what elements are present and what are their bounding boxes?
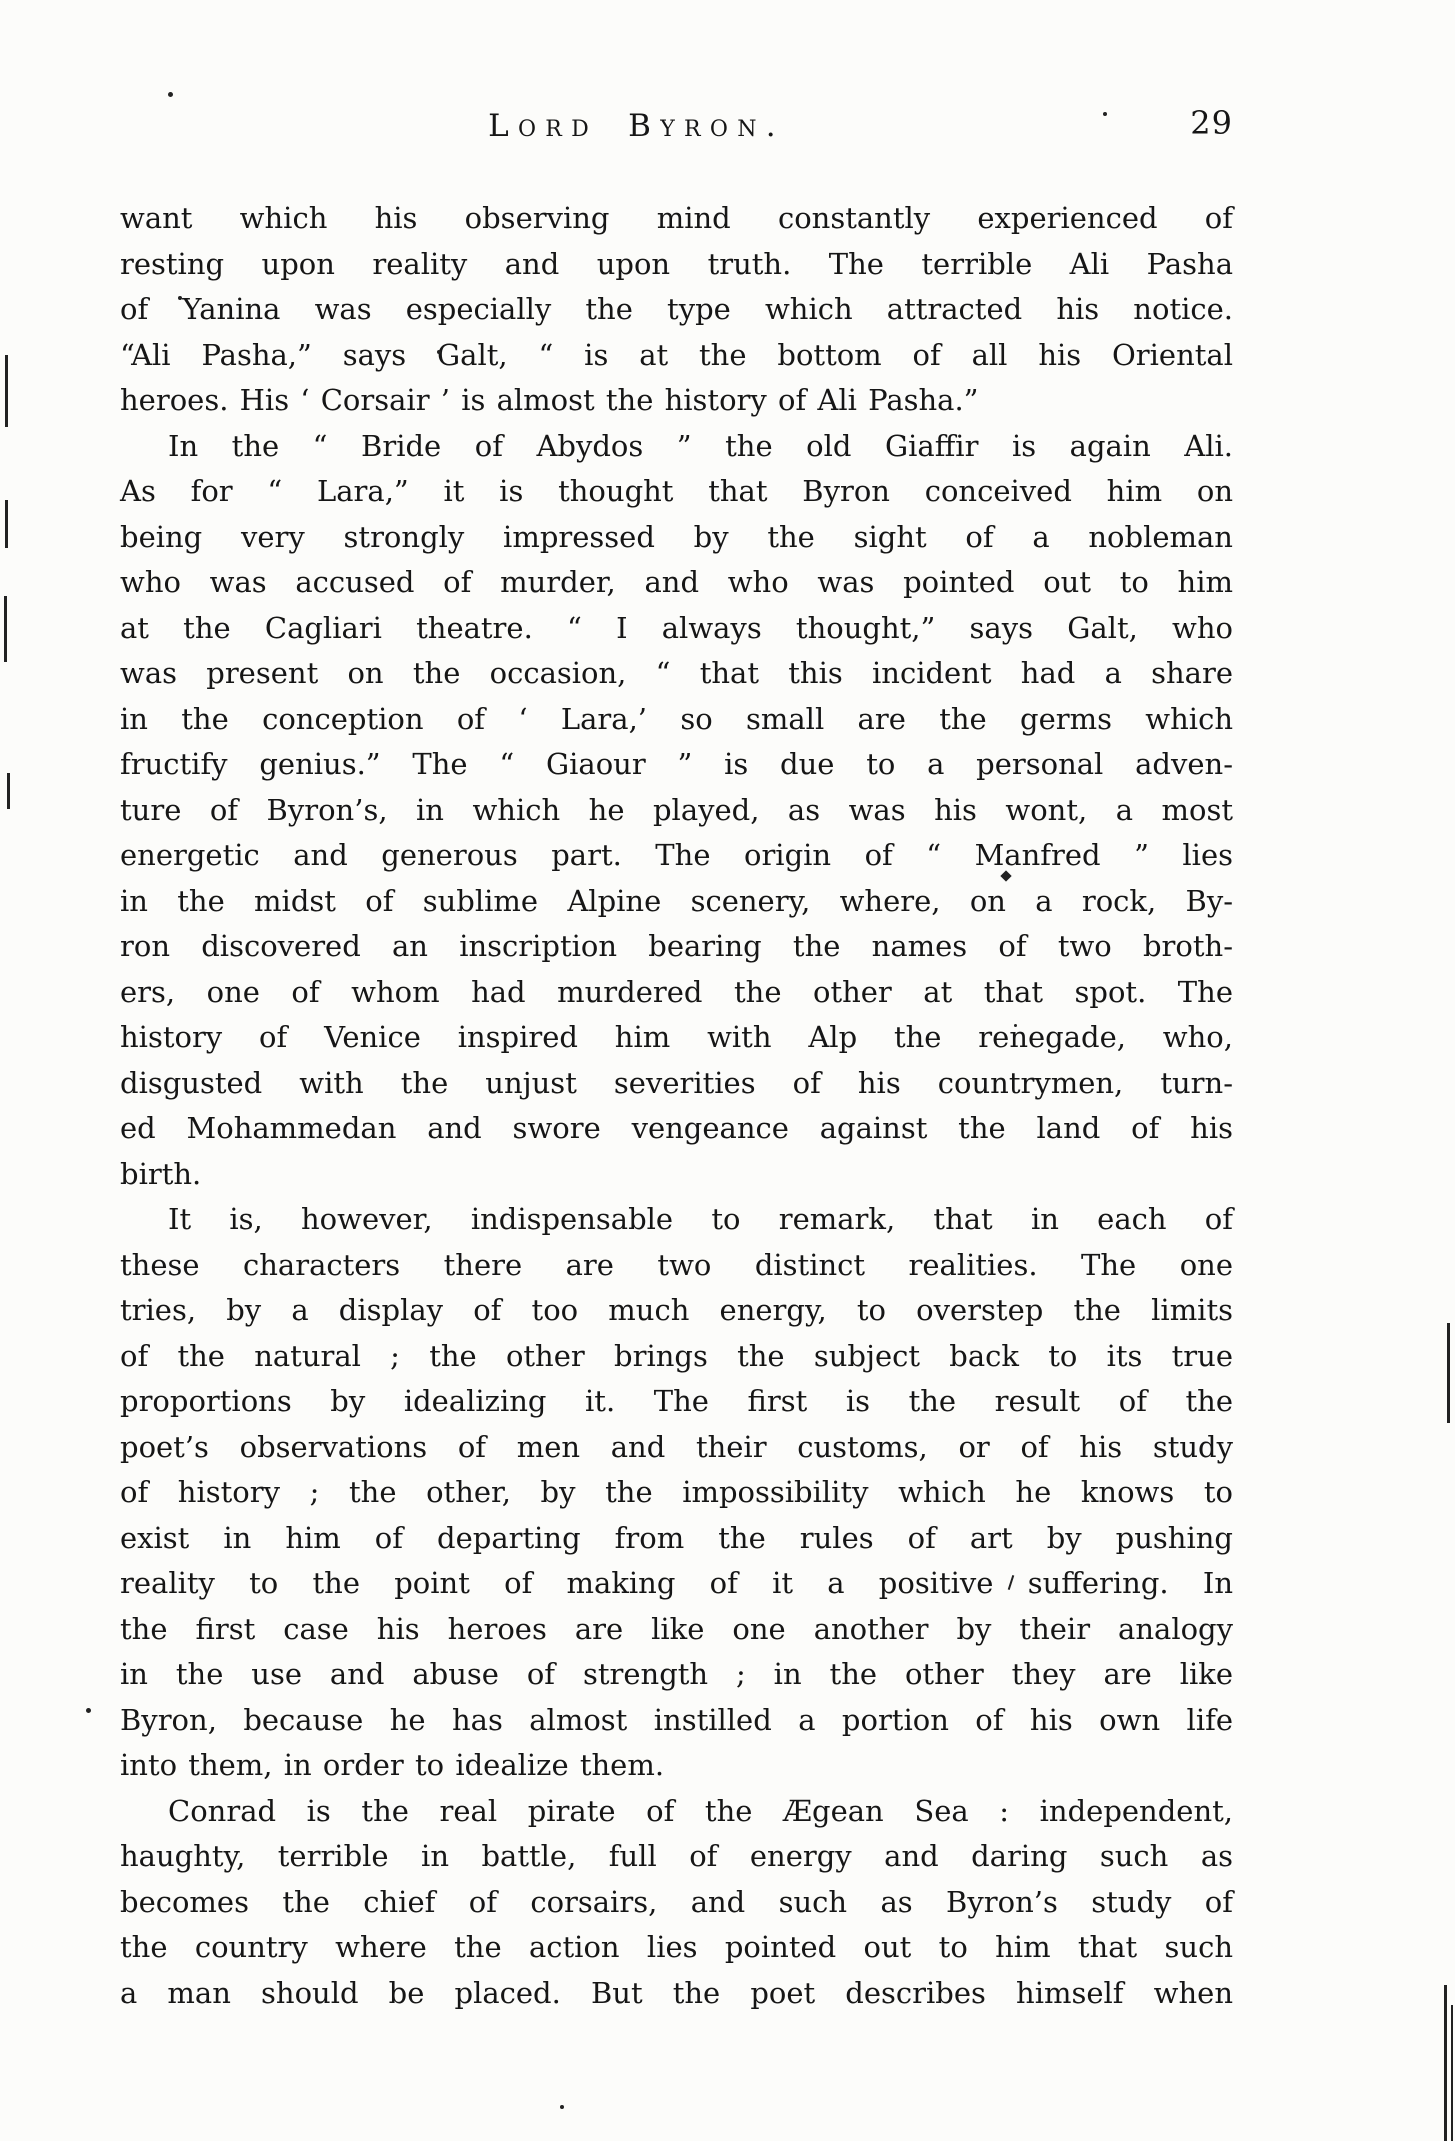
text-line: ture of Byron’s, in which he played, as … [120, 788, 1233, 834]
margin-line [4, 596, 7, 662]
text-line: at the Cagliari theatre. “ I always thou… [120, 606, 1233, 652]
text-line: in the conception of ‘ Lara,’ so small a… [120, 697, 1233, 743]
text-line: in the midst of sublime Alpine scenery, … [120, 879, 1233, 925]
text-line: In the “ Bride of Abydos ” the old Giaff… [120, 424, 1233, 470]
paragraph: want which his observing mind constantly… [120, 196, 1233, 424]
text-line: the country where the action lies pointe… [120, 1925, 1233, 1971]
running-head: Lord Byron. 29 [120, 108, 1233, 156]
margin-line [5, 355, 8, 427]
text-line: As for “ Lara,” it is thought that Byron… [120, 469, 1233, 515]
text-line: who was accused of murder, and who was p… [120, 560, 1233, 606]
scan-artifact [1014, 1024, 1017, 1027]
text-line: becomes the chief of corsairs, and such … [120, 1880, 1233, 1926]
text-line: “Ali Pasha,” says Galt, “ is at the bott… [120, 333, 1233, 379]
text-line: It is, however, indispensable to remark,… [120, 1197, 1233, 1243]
text-line: of history ; the other, by the impossibi… [120, 1470, 1233, 1516]
scan-artifact [168, 92, 173, 97]
text-line: tries, by a display of too much energy, … [120, 1288, 1233, 1334]
text-line: heroes. His ‘ Corsair ’ is almost the hi… [120, 378, 1233, 424]
text-line: the first case his heroes are like one a… [120, 1607, 1233, 1653]
book-page: Lord Byron. 29 want which his observing … [0, 0, 1455, 2141]
text-line: birth. [120, 1152, 1233, 1198]
text-line: these characters there are two distinct … [120, 1243, 1233, 1289]
paragraph: It is, however, indispensable to remark,… [120, 1197, 1233, 1789]
text-line: into them, in order to idealize them. [120, 1743, 1233, 1789]
margin-line [1447, 1323, 1450, 1423]
text-line: fructify genius.” The “ Giaour ” is due … [120, 742, 1233, 788]
text-line: being very strongly impressed by the sig… [120, 515, 1233, 561]
text-line: reality to the point of making of it a p… [120, 1561, 1233, 1607]
page-header-title: Lord Byron. [120, 108, 1153, 144]
text-line: disgusted with the unjust severities of … [120, 1061, 1233, 1107]
text-line: energetic and generous part. The origin … [120, 833, 1233, 879]
text-line: want which his observing mind constantly… [120, 196, 1233, 242]
text-line: Byron, because he has almost instilled a… [120, 1698, 1233, 1744]
paragraph: Conrad is the real pirate of the Ægean S… [120, 1789, 1233, 2017]
page-number: 29 [1190, 104, 1233, 142]
scan-artifact [178, 296, 182, 300]
text-line: ron discovered an inscription bearing th… [120, 924, 1233, 970]
margin-line [5, 500, 8, 548]
text-line: poet’s observations of men and their cus… [120, 1425, 1233, 1471]
text-line: in the use and abuse of strength ; in th… [120, 1652, 1233, 1698]
text-line: was present on the occasion, “ that this… [120, 651, 1233, 697]
text-line: resting upon reality and upon truth. The… [120, 242, 1233, 288]
text-line: ers, one of whom had murdered the other … [120, 970, 1233, 1016]
paragraph: In the “ Bride of Abydos ” the old Giaff… [120, 424, 1233, 1198]
body-text: want which his observing mind constantly… [120, 196, 1233, 2016]
text-line: Conrad is the real pirate of the Ægean S… [120, 1789, 1233, 1835]
text-line: of the natural ; the other brings the su… [120, 1334, 1233, 1380]
text-line: proportions by idealizing it. The first … [120, 1379, 1233, 1425]
scan-artifact [437, 350, 441, 354]
margin-line [1451, 2005, 1453, 2141]
text-line: of Yanina was especially the type which … [120, 287, 1233, 333]
scan-artifact [560, 2105, 564, 2109]
margin-line [7, 773, 10, 809]
text-line: a man should be placed. But the poet des… [120, 1971, 1233, 2017]
margin-line [1444, 1985, 1447, 2141]
scan-artifact [1103, 112, 1107, 116]
text-line: ed Mohammedan and swore vengeance agains… [120, 1106, 1233, 1152]
text-line: history of Venice inspired him with Alp … [120, 1015, 1233, 1061]
scan-artifact [86, 1708, 91, 1713]
text-line: haughty, terrible in battle, full of ene… [120, 1834, 1233, 1880]
text-line: exist in him of departing from the rules… [120, 1516, 1233, 1562]
